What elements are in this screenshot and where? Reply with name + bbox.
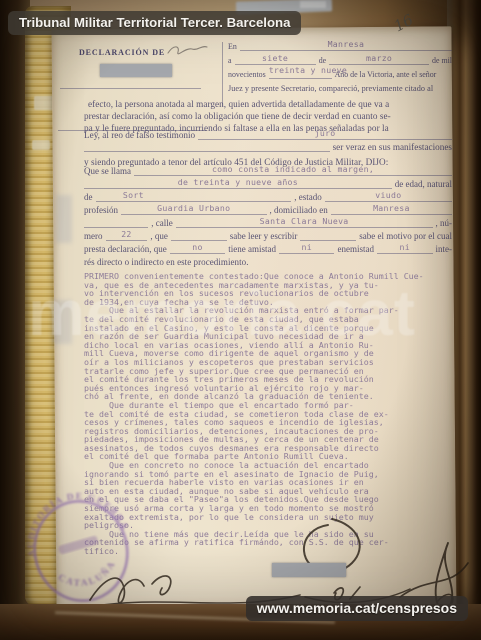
signature-cross <box>400 563 468 597</box>
typed-value: siete <box>262 53 288 63</box>
typed-value: ni <box>400 242 410 252</box>
form-field-blank <box>171 240 227 241</box>
form-label: enemistad <box>337 244 374 254</box>
form-label: a <box>228 56 232 65</box>
typed-value: marzo <box>366 53 392 63</box>
form-field-edad: de treinta y nueve años <box>84 179 392 189</box>
watermark: memoria.cat <box>28 276 416 350</box>
typed-value: viudo <box>375 190 401 200</box>
form-field-year: treinta y nueve <box>269 69 332 79</box>
form-row-edad: de treinta y nueve años de edad, natural <box>84 179 452 189</box>
form-field-month: marzo <box>329 55 429 65</box>
form-field-numero: 22 <box>106 231 148 241</box>
form-field-no: no <box>170 244 226 254</box>
form-row-profesion: profesión Guardia Urbano , domiciliado e… <box>84 205 452 215</box>
form-field-day: siete <box>235 55 316 65</box>
form-field-blank <box>84 151 330 152</box>
form-field-nombre: como consta indicado al margen, <box>134 166 452 176</box>
form-row-juramento: Ley, al reo de falso testimonio juró <box>84 130 452 140</box>
typed-value: ni <box>301 242 311 252</box>
form-row-numero: mero 22 , que sabe leer y escribir sabe … <box>84 231 452 241</box>
redaction-box-signature <box>272 563 346 577</box>
typed-value: como consta indicado al margen, <box>212 164 374 174</box>
form-label: Año de la Victoria, ante el señor <box>335 70 437 79</box>
form-row-calle: , calle Santa Clara Nueva , nú- <box>84 218 452 228</box>
form-field-ni: ni <box>377 244 433 254</box>
form-label: novecientos <box>228 70 266 79</box>
bottom-banner: www.memoria.cat/censpresos <box>246 596 468 621</box>
form-line-res: rés directo o indirecto en este procedim… <box>84 257 249 267</box>
form-field-domicilio: Manresa <box>331 205 452 215</box>
form-label: de <box>84 192 93 202</box>
form-line-juez: Juez y presente Secretario, compareció, … <box>228 84 433 93</box>
margin-line <box>60 88 201 89</box>
form-row-veraz: ser veraz en sus manifestaciones <box>84 142 452 152</box>
form-row-place: En Manresa <box>228 41 452 51</box>
form-label: mero <box>84 231 103 241</box>
typed-value: Manresa <box>328 39 365 49</box>
typed-value: treinta y nueve <box>269 65 347 75</box>
form-label: de <box>319 56 326 65</box>
form-field-profesion: Guardia Urbano <box>121 205 267 215</box>
form-row-year: novecientos treinta y nueve Año de la Vi… <box>228 69 452 79</box>
oath-line-1: efecto, la persona anotada al margen, qu… <box>88 99 389 109</box>
photo-canvas: DECLARACIÓN DE En Manresa a siete de mar… <box>0 0 481 640</box>
form-row-date: a siete de marzo de mil <box>228 55 452 65</box>
top-banner: Tribunal Militar Territorial Tercer. Bar… <box>8 11 301 35</box>
form-label: , estado <box>294 192 322 202</box>
typed-value: 22 <box>121 229 131 239</box>
form-label: de mil <box>432 56 452 65</box>
form-label: En <box>228 42 237 51</box>
form-label: profesión <box>84 205 118 215</box>
typed-value: juró <box>315 128 336 138</box>
form-label: sabe el motivo por el cual <box>359 231 452 241</box>
form-label: , calle <box>151 218 173 228</box>
form-field-ni: ni <box>279 244 335 254</box>
form-field-place: Manresa <box>240 41 452 51</box>
form-label: Que se llama <box>84 166 131 176</box>
form-label: , que <box>150 231 168 241</box>
form-field-blank <box>300 240 356 241</box>
form-label: presta declaración, que <box>84 244 167 254</box>
typed-value: Manresa <box>373 203 410 213</box>
redaction-box-name <box>100 64 172 77</box>
form-row-natural: de Sort , estado viudo <box>84 192 452 202</box>
signature-left <box>90 576 171 603</box>
form-label: , nú- <box>436 218 453 228</box>
form-row-amistad: presta declaración, que no tiene amistad… <box>84 244 452 254</box>
handwriting-squiggle <box>166 42 210 58</box>
typed-value: de treinta y nueve años <box>178 177 298 187</box>
typed-value: Santa Clara Nueva <box>260 216 349 226</box>
form-label: sabe leer y escribir <box>230 231 298 241</box>
form-label: , domiciliado en <box>270 205 328 215</box>
form-divider-line <box>222 42 223 106</box>
form-label: de edad, natural <box>395 179 452 189</box>
oath-line-2: prestar declaración, así como la obligac… <box>84 111 391 121</box>
form-label: ser veraz en sus manifestaciones <box>333 142 452 152</box>
form-field-estado: viudo <box>325 192 452 202</box>
form-label: inte- <box>436 244 453 254</box>
form-field-natural: Sort <box>96 192 292 202</box>
ink-bleed-mark <box>56 195 72 243</box>
form-label: tiene amistad <box>228 244 276 254</box>
typed-value: Sort <box>123 190 144 200</box>
form-field-blank <box>84 227 148 228</box>
form-field-juramento: juró <box>198 130 452 140</box>
form-field-calle: Santa Clara Nueva <box>176 218 433 228</box>
typed-value: no <box>192 242 202 252</box>
typed-value: Guardia Urbano <box>157 203 230 213</box>
form-label: Ley, al reo de falso testimonio <box>84 130 195 140</box>
declaration-stamp-label: DECLARACIÓN DE <box>79 48 165 57</box>
form-row-nombre: Que se llama como consta indicado al mar… <box>84 166 452 176</box>
